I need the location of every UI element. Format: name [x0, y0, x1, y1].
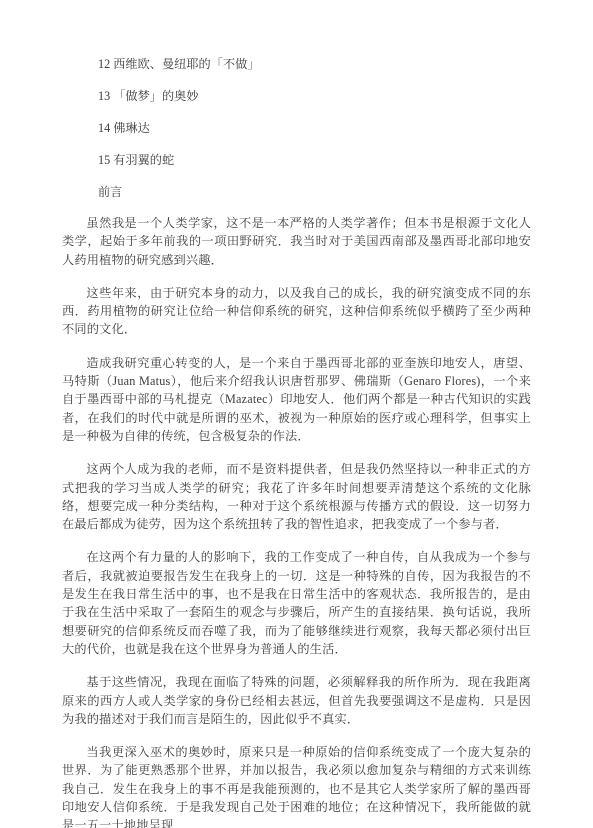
toc-item-13: 13 「做梦」的奥妙: [62, 87, 531, 105]
preface-paragraph-2: 这些年来，由于研究本身的动力，以及我自己的成长，我的研究演变成不同的东西．药用植…: [62, 284, 531, 339]
preface-paragraph-7: 当我更深入巫术的奥妙时，原来只是一种原始的信仰系统变成了一个庞大复杂的世界．为了…: [62, 743, 531, 828]
preface-paragraph-6: 基于这些情况，我现在面临了特殊的问题，必须解释我的所作所为．现在我距离原来的西方…: [62, 673, 531, 728]
toc-item-12: 12 西维欧、曼纽耶的「不做」: [62, 55, 531, 73]
preface-paragraph-5: 在这两个有力量的人的影响下，我的工作变成了一种自传，自从我成为一个参与者后，我就…: [62, 548, 531, 658]
section-heading-preface: 前言: [62, 183, 531, 201]
toc-item-15: 15 有羽翼的蛇: [62, 151, 531, 169]
preface-paragraph-1: 虽然我是一个人类学家，这不是一本严格的人类学著作；但本书是根源于文化人类学，起始…: [62, 214, 531, 269]
toc-item-14: 14 佛琳达: [62, 119, 531, 137]
preface-paragraph-4: 这两个人成为我的老师，而不是资料提供者，但是我仍然坚持以一种非正式的方式把我的学…: [62, 460, 531, 533]
document-page: 12 西维欧、曼纽耶的「不做」 13 「做梦」的奥妙 14 佛琳达 15 有羽翼…: [0, 0, 593, 828]
preface-paragraph-3: 造成我研究重心转变的人，是一个来自于墨西哥北部的亚奎族印地安人，唐望、马特斯（J…: [62, 354, 531, 445]
